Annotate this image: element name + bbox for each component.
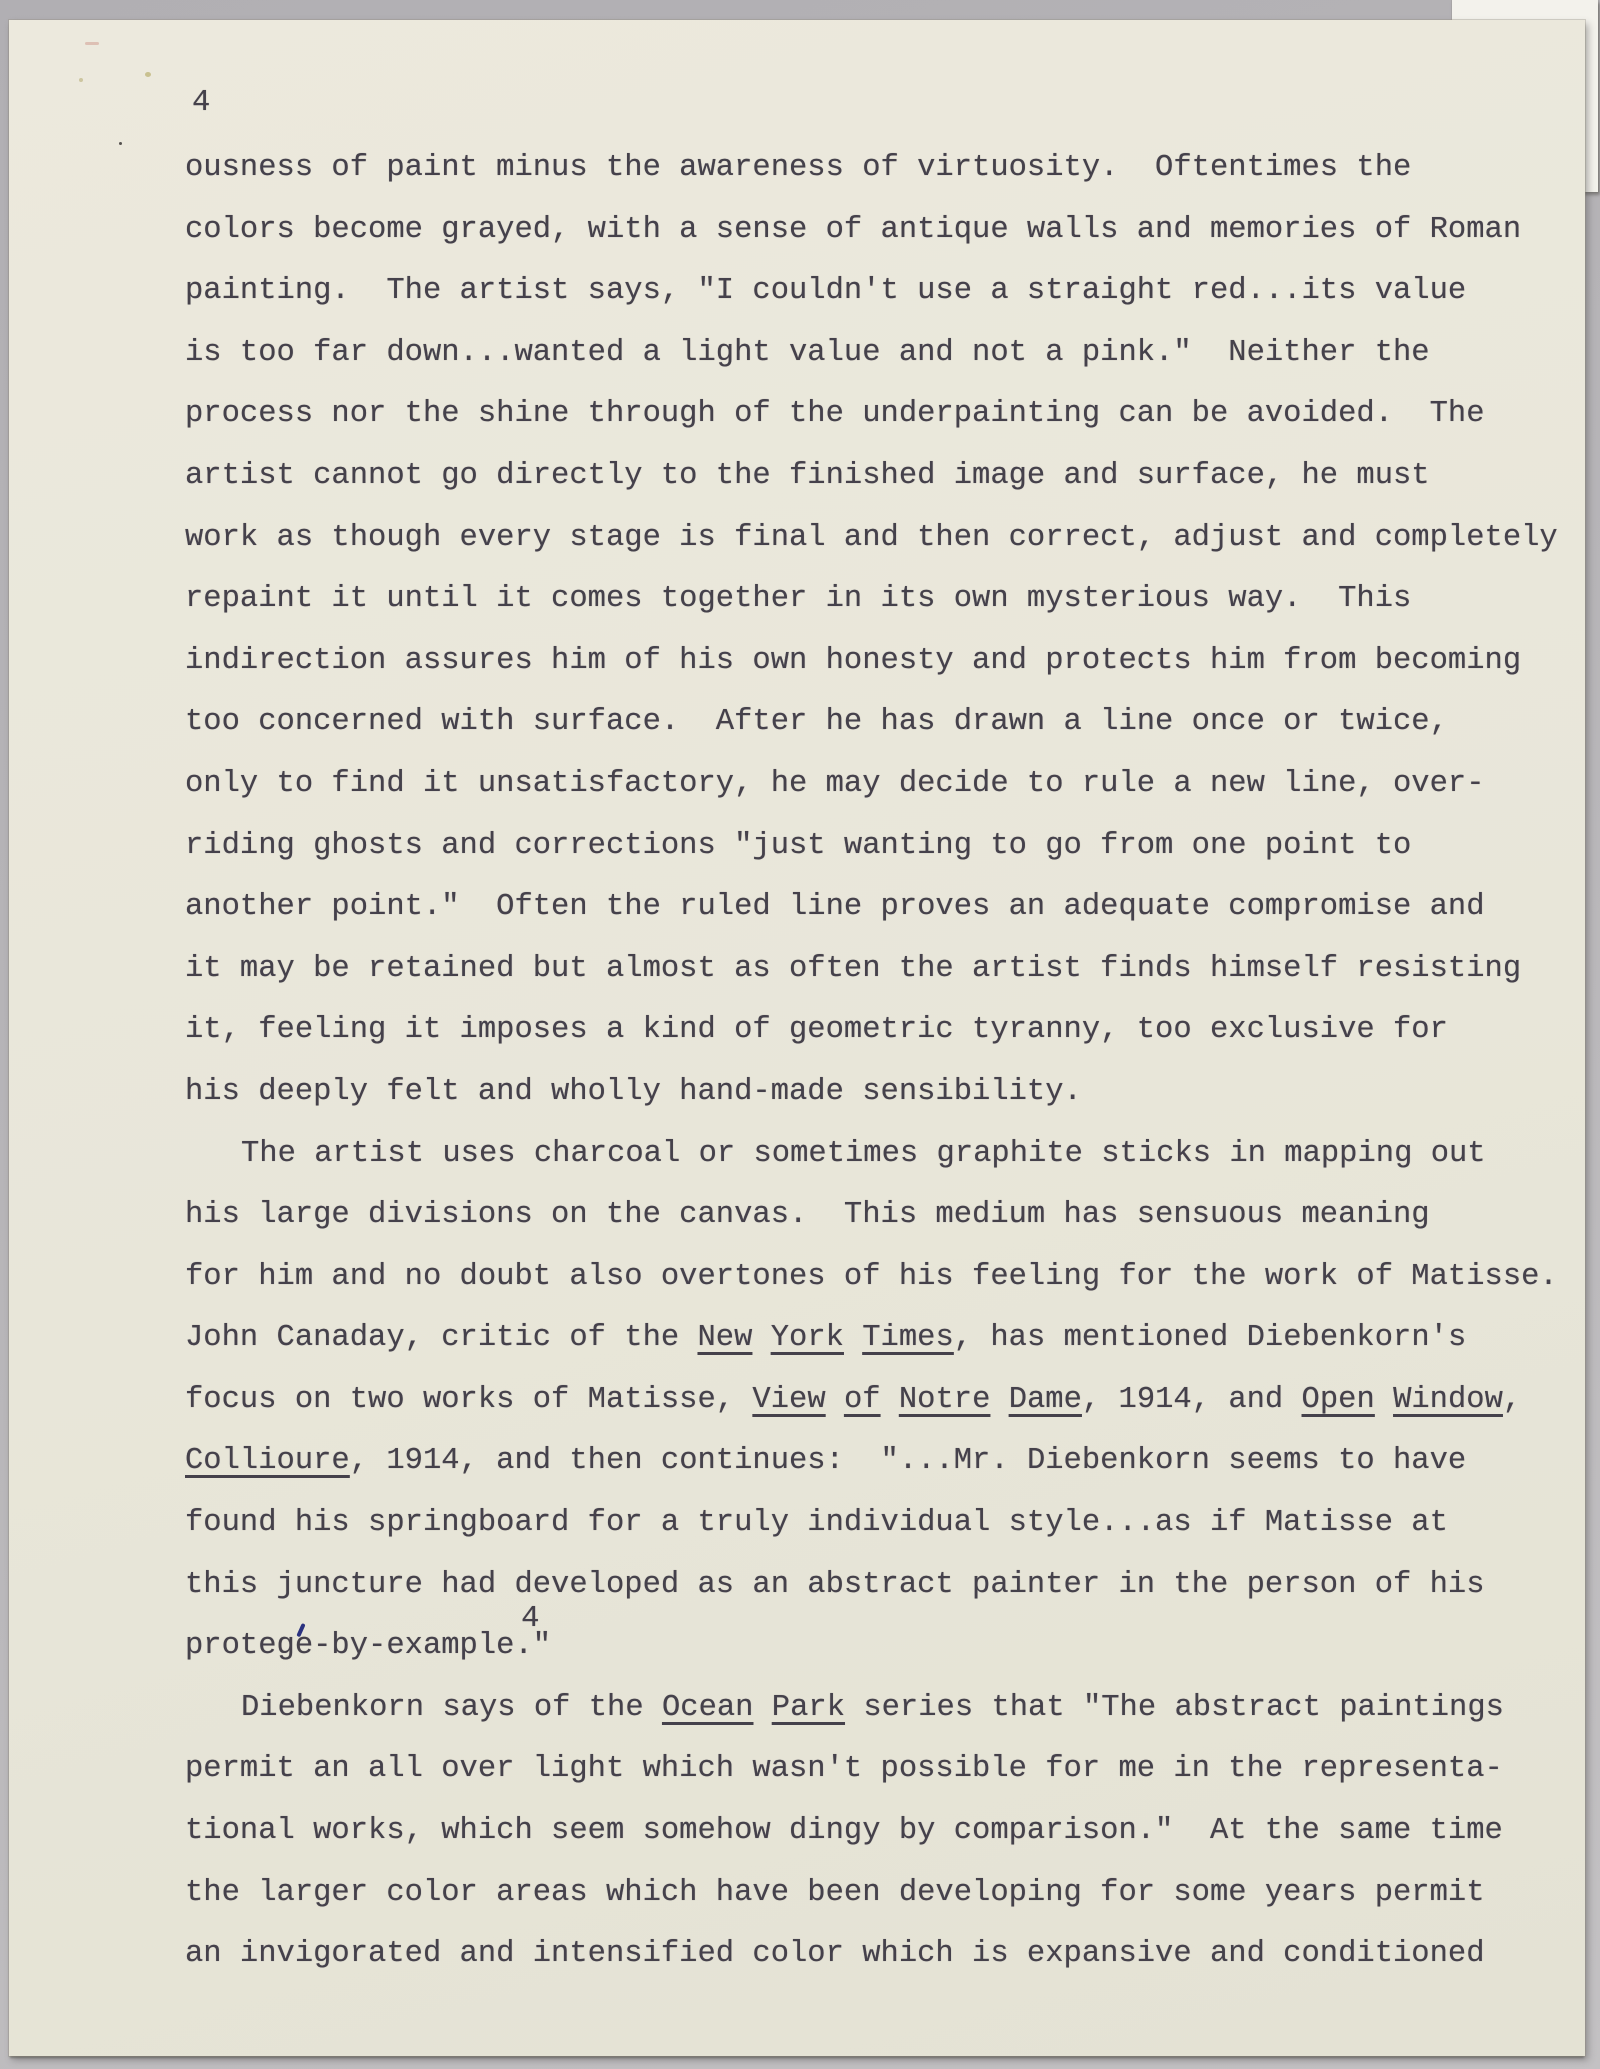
underlined-title: Open bbox=[1302, 1383, 1375, 1417]
paper-speck bbox=[119, 142, 122, 145]
text-line: the larger color areas which have been d… bbox=[185, 1863, 1585, 1925]
text-line: is too far down...wanted a light value a… bbox=[185, 323, 1585, 385]
text-line: riding ghosts and corrections "just want… bbox=[185, 816, 1585, 878]
page-number: 4 bbox=[192, 86, 210, 120]
text-line: an invigorated and intensified color whi… bbox=[185, 1924, 1585, 1986]
text-line: it may be retained but almost as often t… bbox=[185, 939, 1585, 1001]
text-line: permit an all over light which wasn't po… bbox=[185, 1739, 1585, 1801]
text-line: repaint it until it comes together in it… bbox=[185, 569, 1585, 631]
text-line: indirection assures him of his own hones… bbox=[185, 631, 1585, 693]
typescript-text: ousness of paint minus the awareness of … bbox=[185, 138, 1585, 1986]
text-line: it, feeling it imposes a kind of geometr… bbox=[185, 1000, 1585, 1062]
text-line: ousness of paint minus the awareness of … bbox=[185, 138, 1585, 200]
text-line: too concerned with surface. After he has… bbox=[185, 692, 1585, 754]
text-line: artist cannot go directly to the finishe… bbox=[185, 446, 1585, 508]
text-line: his large divisions on the canvas. This … bbox=[185, 1185, 1585, 1247]
underlined-title: Notre bbox=[899, 1383, 991, 1417]
paper-speck bbox=[85, 42, 99, 45]
paper-speck bbox=[145, 72, 151, 77]
text-line: process nor the shine through of the und… bbox=[185, 384, 1585, 446]
text-line: work as though every stage is final and … bbox=[185, 508, 1585, 570]
underlined-title: Dame bbox=[1009, 1383, 1082, 1417]
text-line: John Canaday, critic of the New York Tim… bbox=[185, 1308, 1585, 1370]
text-line: this juncture had developed as an abstra… bbox=[185, 1555, 1585, 1617]
underlined-title: View bbox=[752, 1383, 825, 1417]
text-line: only to find it unsatisfactory, he may d… bbox=[185, 754, 1585, 816]
text-line: colors become grayed, with a sense of an… bbox=[185, 200, 1585, 262]
text-line: protege-by-example."4 bbox=[185, 1616, 1585, 1678]
typescript-page: 4 ousness of paint minus the awareness o… bbox=[9, 20, 1585, 2056]
photo-background: 4 ousness of paint minus the awareness o… bbox=[0, 0, 1600, 2069]
underlined-title: Times bbox=[862, 1321, 954, 1355]
text-line: for him and no doubt also overtones of h… bbox=[185, 1247, 1585, 1309]
underlined-title: New bbox=[697, 1321, 752, 1355]
underlined-title: York bbox=[771, 1321, 844, 1355]
text-line: found his springboard for a truly indivi… bbox=[185, 1493, 1585, 1555]
text-line: Diebenkorn says of the Ocean Park series… bbox=[185, 1678, 1585, 1740]
text-line: his deeply felt and wholly hand-made sen… bbox=[185, 1062, 1585, 1124]
paper-speck bbox=[79, 78, 83, 82]
text-line: focus on two works of Matisse, View of N… bbox=[185, 1370, 1585, 1432]
underlined-title: of bbox=[844, 1383, 881, 1417]
text-line: painting. The artist says, "I couldn't u… bbox=[185, 261, 1585, 323]
text-line: tional works, which seem somehow dingy b… bbox=[185, 1801, 1585, 1863]
text-line: Collioure, 1914, and then continues: "..… bbox=[185, 1431, 1585, 1493]
underlined-title: Window bbox=[1393, 1383, 1503, 1417]
underlined-title: Ocean bbox=[662, 1691, 754, 1725]
text-line: another point." Often the ruled line pro… bbox=[185, 877, 1585, 939]
underlined-title: Collioure bbox=[185, 1444, 350, 1478]
text-line: The artist uses charcoal or sometimes gr… bbox=[185, 1124, 1585, 1186]
underlined-title: Park bbox=[772, 1691, 845, 1725]
